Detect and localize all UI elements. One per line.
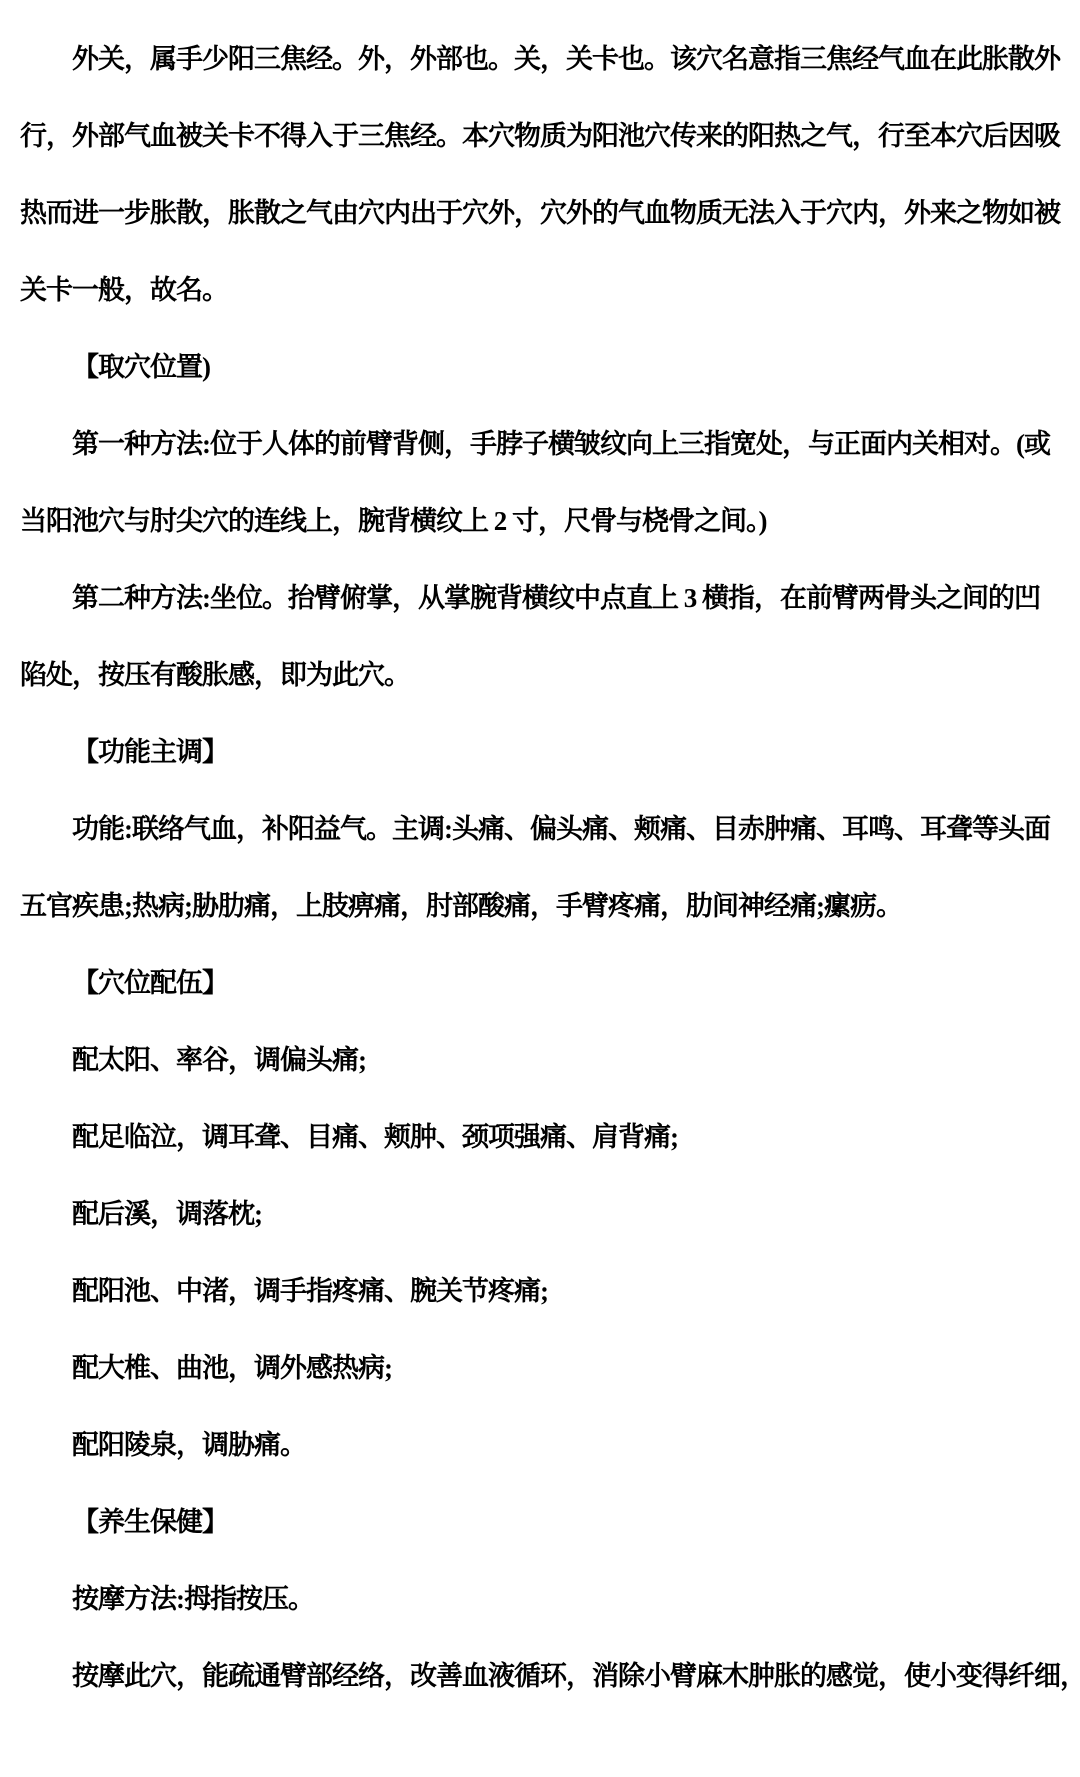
text-line: 按摩此穴，能疏通臂部经络，改善血液循环，消除小臂麻木肿胀的感觉，使小变得纤细，: [20, 1638, 1060, 1715]
text-line: 功能:联络气血，补阳益气。主调:头痛、偏头痛、颊痛、目赤肿痛、耳鸣、耳聋等头面: [20, 791, 1060, 868]
text-line: 陷处，按压有酸胀感，即为此穴。: [20, 637, 1060, 714]
document-page: 外关，属手少阳三焦经。外，外部也。关，关卡也。该穴名意指三焦经气血在此胀散外行，…: [0, 0, 1080, 1777]
text-line: 配阳池、中渚，调手指疼痛、腕关节疼痛;: [20, 1253, 1060, 1330]
text-line: 关卡一般，故名。: [20, 252, 1060, 329]
text-line: 【穴位配伍】: [20, 945, 1060, 1022]
text-line: 配足临泣，调耳聋、目痛、颊肿、颈项强痛、肩背痛;: [20, 1099, 1060, 1176]
text-line: 行，外部气血被关卡不得入于三焦经。本穴物质为阳池穴传来的阳热之气，行至本穴后因吸: [20, 98, 1060, 175]
text-line: 热而进一步胀散，胀散之气由穴内出于穴外，穴外的气血物质无法入于穴内，外来之物如被: [20, 175, 1060, 252]
text-line: 第二种方法:坐位。抬臂俯掌，从掌腕背横纹中点直上 3 横指，在前臂两骨头之间的凹: [20, 560, 1060, 637]
text-line: 外关，属手少阳三焦经。外，外部也。关，关卡也。该穴名意指三焦经气血在此胀散外: [20, 21, 1060, 98]
text-line: 当阳池穴与肘尖穴的连线上，腕背横纹上 2 寸，尺骨与桡骨之间。): [20, 483, 1060, 560]
text-line: 配大椎、曲池，调外感热病;: [20, 1330, 1060, 1407]
text-line: 按摩方法:拇指按压。: [20, 1561, 1060, 1638]
document-body: 外关，属手少阳三焦经。外，外部也。关，关卡也。该穴名意指三焦经气血在此胀散外行，…: [20, 21, 1060, 1715]
text-line: 【功能主调】: [20, 714, 1060, 791]
text-line: 第一种方法:位于人体的前臂背侧，手脖子横皱纹向上三指宽处，与正面内关相对。(或: [20, 406, 1060, 483]
text-line: 【取穴位置): [20, 329, 1060, 406]
text-line: 配太阳、率谷，调偏头痛;: [20, 1022, 1060, 1099]
text-line: 五官疾患;热病;胁肋痛，上肢痹痛，肘部酸痛，手臂疼痛，肋间神经痛;瘰疬。: [20, 868, 1060, 945]
text-line: 【养生保健】: [20, 1484, 1060, 1561]
text-line: 配后溪，调落枕;: [20, 1176, 1060, 1253]
text-line: 配阳陵泉，调胁痛。: [20, 1407, 1060, 1484]
